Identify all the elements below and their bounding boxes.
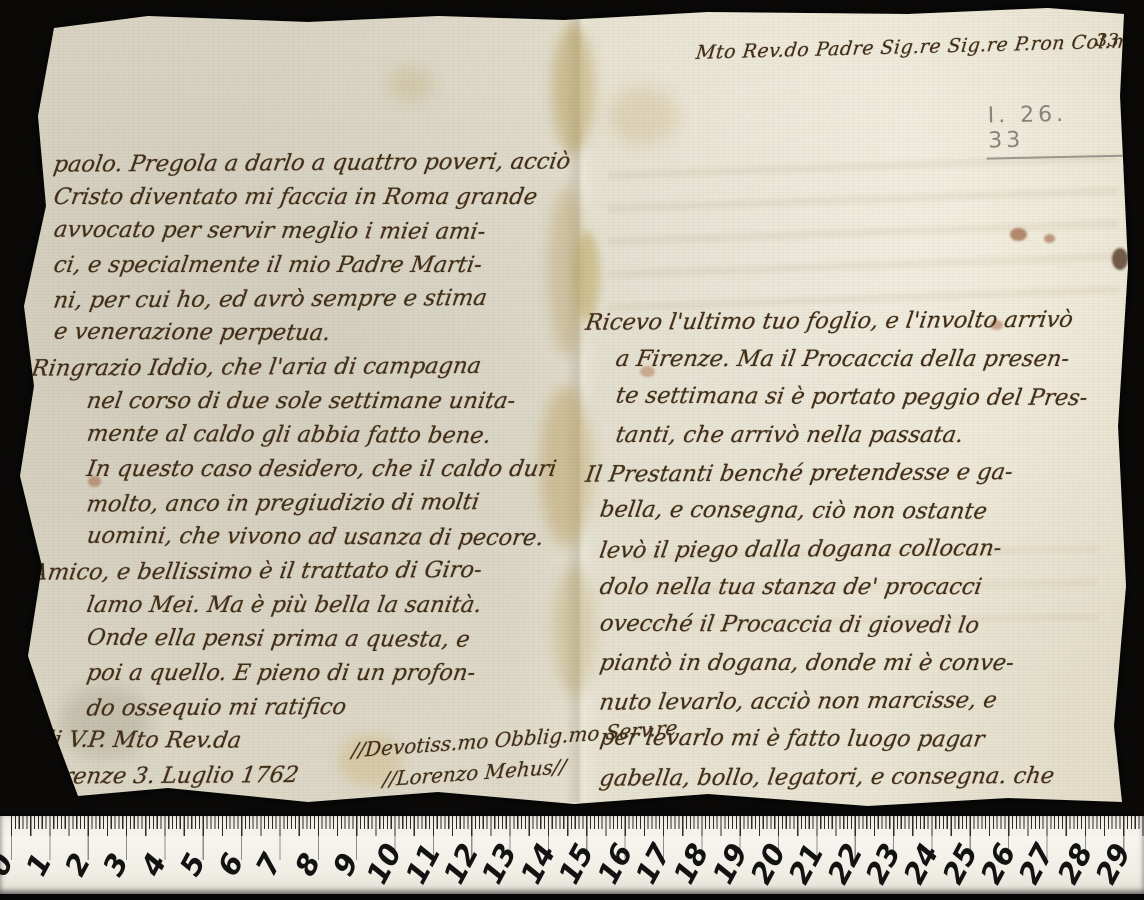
ruler-mm-ticks: [11, 816, 1144, 829]
archival-mark: I. 26. 33: [985, 100, 1136, 159]
ruler: 0123456789101112131415161718192021222324…: [0, 816, 1144, 894]
handwritten-line: bella, e consegna, ciò non ostante: [597, 491, 1144, 532]
handwritten-line: per levarlo mi è fatto luogo pagar: [597, 719, 1144, 760]
letter-paper: Mto Rev.do Padre Sig.re Sig.re P.ron Col…: [8, 6, 1136, 814]
handwritten-line: e venerazione perpetua.: [52, 315, 587, 352]
handwritten-line: nel corso di due sole settimane unita-: [84, 384, 586, 418]
handwritten-line: molto, anco in pregiudizio di molti: [84, 484, 587, 521]
handwritten-line: uomini, che vivono ad usanza di pecore.: [85, 519, 587, 556]
handwritten-line: do ossequio mi ratifico: [84, 688, 587, 725]
handwritten-line: ni, per cui ho, ed avrò sempre e stima: [51, 280, 587, 317]
handwritten-line: piantò in dogana, donde mi è conve-: [597, 644, 1144, 682]
handwritten-line: Amico, e bellissimo è il trattato di Gir…: [29, 552, 587, 589]
right-page-text: Ricevo l'ultimo tuo foglio, e l'involto …: [586, 302, 1142, 796]
handwritten-line: Ringrazio Iddio, che l'aria di campagna: [29, 348, 587, 385]
paper-sheet: Mto Rev.do Padre Sig.re Sig.re P.ron Col…: [8, 6, 1136, 814]
handwritten-line: ci, e specialmente il mio Padre Marti-: [51, 248, 586, 282]
handwritten-line: tanti, che arrivò nella passata.: [613, 416, 1144, 454]
handwritten-line: Onde ella pensi prima a questa, e: [85, 621, 587, 658]
handwritten-line: levò il piego dalla dogana collocan-: [597, 528, 1144, 569]
handwritten-line: Ricevo l'ultimo tuo foglio, e l'involto …: [583, 300, 1144, 341]
handwritten-line: In questo caso desidero, che il caldo du…: [84, 452, 586, 486]
manuscript-scan: Mto Rev.do Padre Sig.re Sig.re P.ron Col…: [0, 0, 1144, 900]
handwritten-line: nuto levarlo, acciò non marcisse, e: [597, 680, 1144, 721]
handwritten-line: te settimana si è portato peggio del Pre…: [613, 377, 1144, 418]
handwritten-line: Cristo diventato mi faccia in Roma grand…: [51, 180, 586, 214]
scan-background: [0, 894, 1144, 900]
handwritten-line: mente al caldo gli abbia fatto bene.: [85, 417, 587, 454]
stain: [388, 66, 434, 102]
handwritten-line: a Firenze. Ma il Procaccia della presen-: [613, 340, 1144, 378]
handwritten-line: Il Prestanti benché pretendesse e ga-: [583, 452, 1144, 493]
handwritten-line: paolo. Pregola a darlo a quattro poveri,…: [51, 144, 587, 181]
ink-showthrough: [608, 146, 1118, 316]
handwritten-line: ovecché il Procaccia di giovedì lo: [597, 605, 1144, 646]
stain: [608, 86, 678, 146]
left-page-text: paolo. Pregola a darlo a quattro poveri,…: [32, 146, 584, 792]
handwritten-line: lamo Mei. Ma è più bella la sanità.: [84, 588, 586, 622]
ruler-scale-numbers: 0123456789101112131415161718192021222324…: [0, 840, 1144, 892]
folio-number: 33: [1096, 30, 1119, 51]
handwritten-line: poi a quello. E pieno di un profon-: [84, 656, 586, 690]
handwritten-line: dolo nella tua stanza de' procacci: [597, 568, 1144, 606]
handwritten-line: gabella, bollo, legatori, e consegna. ch…: [597, 756, 1144, 797]
salutation-line: Mto Rev.do Padre Sig.re Sig.re P.ron Col…: [695, 30, 1144, 64]
handwritten-line: avvocato per servir meglio i miei ami-: [52, 213, 587, 250]
